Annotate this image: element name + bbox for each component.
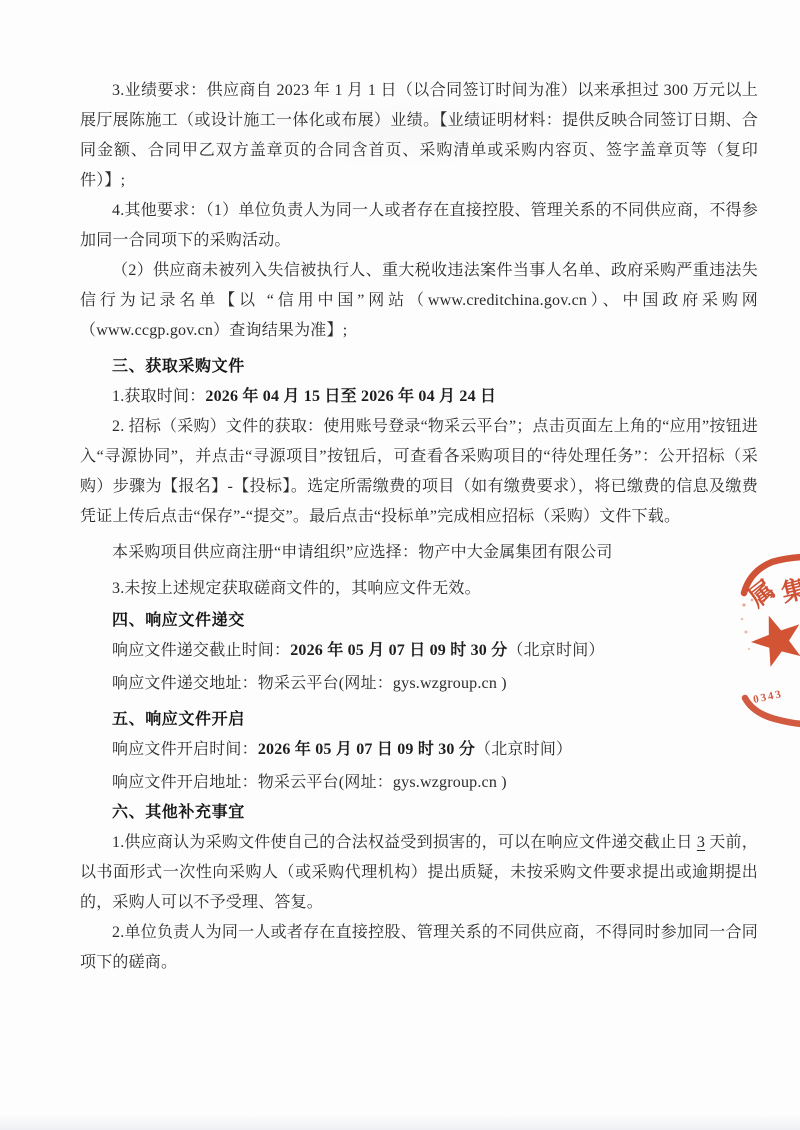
text-run: 响应文件递交地址：物采云平台(网址：gys.wzgroup.cn ) (112, 675, 507, 692)
clause-performance-requirement: 3.业绩要求：供应商自 2023 年 1 月 1 日（以合同签订时间为准）以来承… (80, 76, 758, 196)
invalid-response-note: 3.未按上述规定获取磋商文件的，其响应文件无效。 (80, 574, 758, 604)
scan-edge-band (0, 1114, 800, 1130)
document-page: 3.业绩要求：供应商自 2023 年 1 月 1 日（以合同签订时间为准）以来承… (0, 0, 800, 1130)
text-run: 响应文件开启地址：物采云平台(网址：gys.wzgroup.cn ) (112, 774, 507, 791)
text-run: 4.其他要求：（1）单位负责人为同一人或者存在直接控股、管理关系的不同供应商，不… (80, 202, 758, 249)
submission-deadline-line: 响应文件递交截止时间：2026 年 05 月 07 日 09 时 30 分（北京… (80, 636, 758, 666)
text-run: 三、获取采购文件 (112, 358, 245, 375)
text-run: 3.业绩要求：供应商自 2023 年 1 月 1 日（以合同签订时间为准）以来承… (80, 82, 758, 189)
document-body: 3.业绩要求：供应商自 2023 年 1 月 1 日（以合同签订时间为准）以来承… (80, 76, 758, 978)
text-run: 响应文件开启时间： (112, 741, 258, 758)
text-run: 3.未按上述规定获取磋商文件的，其响应文件无效。 (112, 580, 481, 597)
text-run: （北京时间） (507, 642, 604, 659)
obtain-method-paragraph: 2. 招标（采购）文件的获取：使用账号登录“物采云平台”；点击页面左上角的“应用… (80, 412, 758, 532)
text-run: 1.供应商认为采购文件使自己的合法权益受到损害的，可以在响应文件递交截止日 (112, 834, 697, 851)
text-run: 四、响应文件递交 (112, 612, 245, 629)
text-run: 3 (697, 834, 705, 851)
seal-character-2: 集 (778, 574, 800, 608)
registration-organization-note: 本采购项目供应商注册“申请组织”应选择：物产中大金属集团有限公司 (80, 538, 758, 568)
opening-address-line: 响应文件开启地址：物采云平台(网址：gys.wzgroup.cn ) (80, 768, 758, 798)
obtain-time-line: 1.获取时间：2026 年 04 月 15 日至 2026 年 04 月 24 … (80, 382, 758, 412)
text-run: 2.单位负责人为同一人或者存在直接控股、管理关系的不同供应商，不得同时参加同一合… (80, 924, 758, 971)
text-run: 五、响应文件开启 (112, 711, 245, 728)
section-heading-response-opening: 五、响应文件开启 (80, 705, 758, 735)
text-run: 2026 年 04 月 15 日至 2026 年 04 月 24 日 (205, 388, 496, 405)
clause-other-requirement-2: （2）供应商未被列入失信被执行人、重大税收违法案件当事人名单、政府采购严重违法失… (80, 256, 758, 346)
text-run: 六、其他补充事宜 (112, 804, 245, 821)
section-heading-other-matters: 六、其他补充事宜 (80, 798, 758, 828)
text-run: （2）供应商未被列入失信被执行人、重大税收违法案件当事人名单、政府采购严重违法失… (80, 262, 758, 339)
text-run: 响应文件递交截止时间： (112, 642, 290, 659)
text-run: 2. 招标（采购）文件的获取：使用账号登录“物采云平台”；点击页面左上角的“应用… (80, 418, 758, 525)
text-run: 1.获取时间： (112, 388, 205, 405)
opening-time-line: 响应文件开启时间：2026 年 05 月 07 日 09 时 30 分（北京时间… (80, 735, 758, 765)
submission-address-line: 响应文件递交地址：物采云平台(网址：gys.wzgroup.cn ) (80, 669, 758, 699)
clause-other-requirement-1: 4.其他要求：（1）单位负责人为同一人或者存在直接控股、管理关系的不同供应商，不… (80, 196, 758, 256)
text-run: 2026 年 05 月 07 日 09 时 30 分 (290, 642, 507, 659)
section-heading-response-submission: 四、响应文件递交 (80, 606, 758, 636)
clause-same-responsible-person: 2.单位负责人为同一人或者存在直接控股、管理关系的不同供应商，不得同时参加同一合… (80, 918, 758, 978)
section-heading-obtain-documents: 三、获取采购文件 (80, 352, 758, 382)
text-run: （北京时间） (475, 741, 572, 758)
text-run: 2026 年 05 月 07 日 09 时 30 分 (258, 741, 475, 758)
text-run: 本采购项目供应商注册“申请组织”应选择：物产中大金属集团有限公司 (112, 544, 613, 561)
clause-query-rights: 1.供应商认为采购文件使自己的合法权益受到损害的，可以在响应文件递交截止日 3 … (80, 828, 758, 918)
